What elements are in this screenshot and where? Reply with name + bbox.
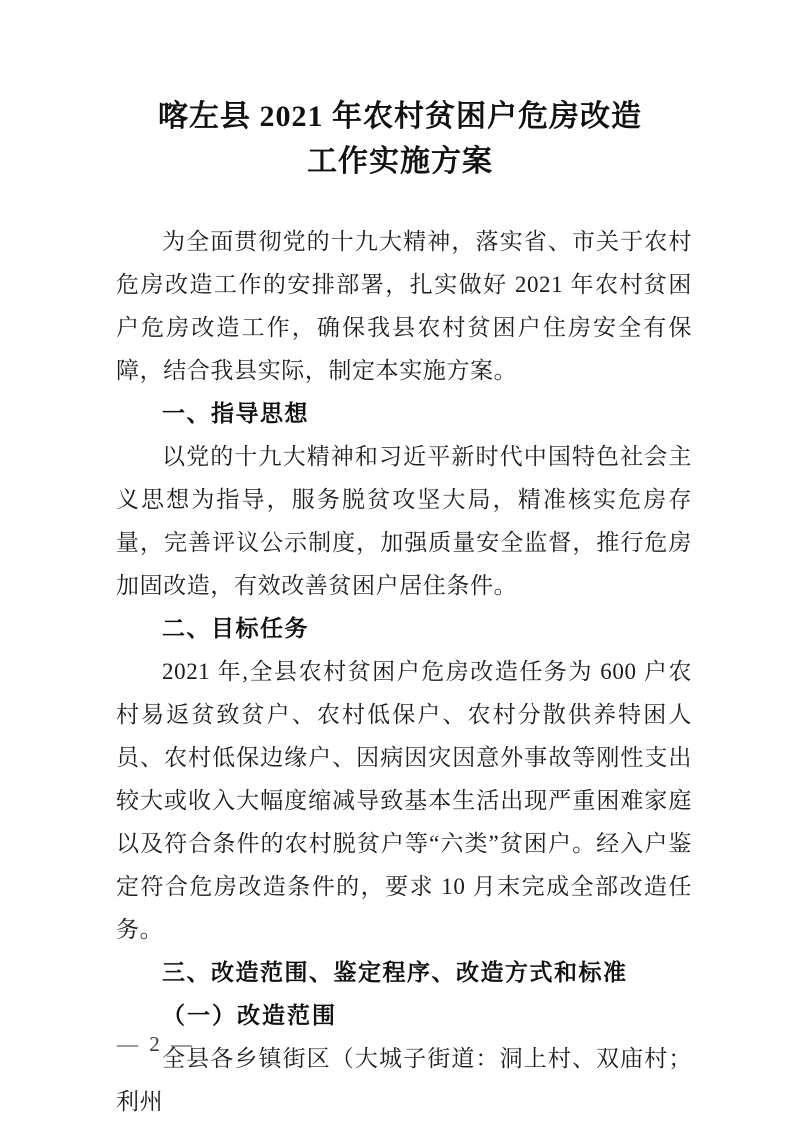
title-line-1: 喀左县 2021 年农村贫困户危房改造	[0, 94, 800, 139]
subsection-heading-renovation-scope: （一）改造范围	[116, 994, 692, 1037]
page-number: — 2 —	[117, 1032, 195, 1057]
document-body: 为全面贯彻党的十九大精神，落实省、市关于农村危房改造工作的安排部署，扎实做好 2…	[116, 220, 692, 1123]
paragraph-target-tasks: 2021 年,全县农村贫困户危房改造任务为 600 户农村易返贫致贫户、农村低保…	[116, 650, 692, 951]
document-page: 喀左县 2021 年农村贫困户危房改造 工作实施方案 为全面贯彻党的十九大精神，…	[0, 0, 800, 1130]
section-heading-target-tasks: 二、目标任务	[116, 607, 692, 650]
section-heading-scope-procedure: 三、改造范围、鉴定程序、改造方式和标准	[116, 951, 692, 994]
paragraph-guiding-ideology: 以党的十九大精神和习近平新时代中国特色社会主义思想为指导，服务脱贫攻坚大局，精准…	[116, 435, 692, 607]
paragraph-preamble: 为全面贯彻党的十九大精神，落实省、市关于农村危房改造工作的安排部署，扎实做好 2…	[116, 220, 692, 392]
document-title: 喀左县 2021 年农村贫困户危房改造 工作实施方案	[0, 0, 800, 184]
title-line-2: 工作实施方案	[0, 139, 800, 184]
paragraph-renovation-scope: 全县各乡镇街区（大城子街道：洞上村、双庙村；利州	[116, 1037, 692, 1123]
section-heading-guiding-ideology: 一、指导思想	[116, 392, 692, 435]
